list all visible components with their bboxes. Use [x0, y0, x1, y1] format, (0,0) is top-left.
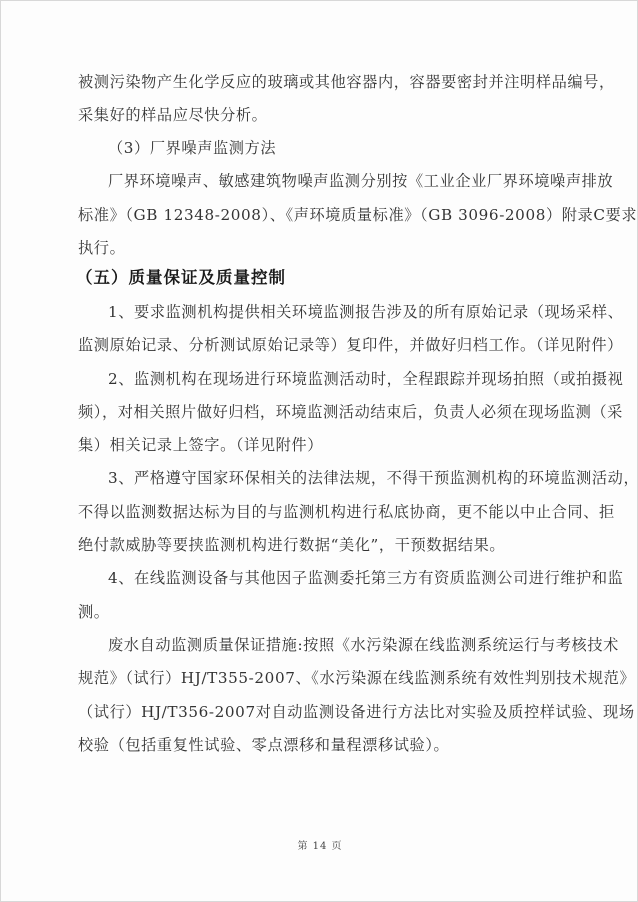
text-line: 采集好的样品应尽快分析。: [78, 105, 583, 125]
text-line: 测。: [78, 602, 583, 622]
text-line: 3、严格遵守国家环保相关的法律法规，不得干预监测机构的环境监测活动，: [108, 468, 583, 488]
page-number: 第 14 页: [1, 837, 638, 852]
text-line: 2、监测机构在现场进行环境监测活动时，全程跟踪并现场拍照（或拍摄视: [108, 369, 583, 389]
text-line: 厂界环境噪声、敏感建筑物噪声监测分别按《工业企业厂界环境噪声排放: [108, 171, 583, 191]
text-line: 标准》（GB 12348-2008）、《声环境质量标准》（GB 3096-200…: [78, 205, 583, 225]
text-line: 频），对相关照片做好归档，环境监测活动结束后，负责人必须在现场监测（采: [78, 402, 583, 422]
text-line: 4、在线监测设备与其他因子监测委托第三方有资质监测公司进行维护和监: [108, 568, 583, 588]
text-line: 绝付款威胁等要挟监测机构进行数据“美化”，干预数据结果。: [78, 535, 583, 555]
subsection-title: （3）厂界噪声监测方法: [108, 138, 583, 158]
text-line: 规范》（试行）HJ/T355-2007、《水污染源在线监测系统有效性判别技术规范…: [78, 668, 583, 688]
document-page: 被测污染物产生化学反应的玻璃或其他容器内，容器要密封并注明样品编号， 采集好的样…: [0, 0, 638, 902]
text-line: 集）相关记录上签字。（详见附件）: [78, 435, 583, 455]
text-line: 执行。: [78, 238, 583, 258]
text-line: 校验（包括重复性试验、零点漂移和量程漂移试验）。: [78, 735, 583, 755]
text-line: 被测污染物产生化学反应的玻璃或其他容器内，容器要密封并注明样品编号，: [78, 72, 583, 92]
section-heading: （五）质量保证及质量控制: [76, 267, 286, 289]
text-line: 不得以监测数据达标为目的与监测机构进行私底协商，更不能以中止合同、拒: [78, 502, 583, 522]
text-line: （试行）HJ/T356-2007对自动监测设备进行方法比对实验及质控样试验、现场: [78, 702, 583, 722]
text-line: 监测原始记录、分析测试原始记录等）复印件，并做好归档工作。（详见附件）: [78, 335, 583, 355]
text-line: 1、要求监测机构提供相关环境监测报告涉及的所有原始记录（现场采样、: [108, 302, 583, 322]
text-line: 废水自动监测质量保证措施:按照《水污染源在线监测系统运行与考核技术: [108, 635, 583, 655]
